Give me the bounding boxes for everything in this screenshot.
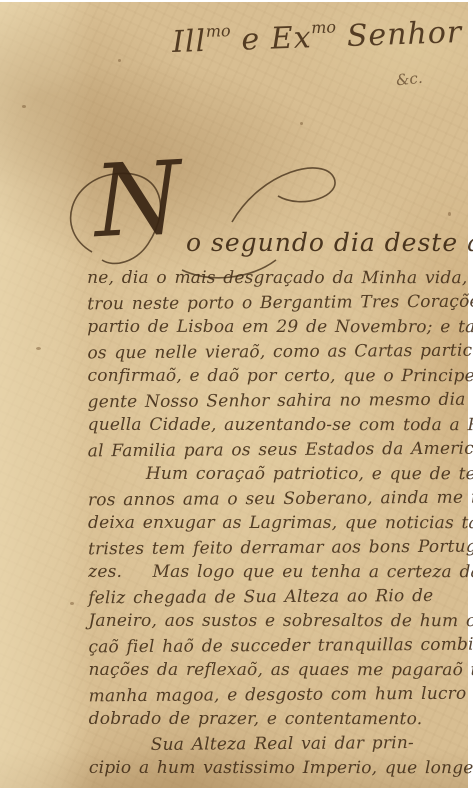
paper-speckle [36,347,41,350]
manuscript-line: Sua Alteza Real vai dar prin- [89,730,471,757]
etcetera-mark: &c. [395,69,423,90]
manuscript-line: ne, dia o mais desgraçado da Minha vida,… [87,266,469,291]
paper-speckle [118,59,121,62]
manuscript-body: ne, dia o mais desgraçado da Minha vida,… [87,265,471,781]
manuscript-line: nações da reflexaõ, as quaes me pagaraõ … [89,658,471,683]
paper-speckle [22,105,26,108]
manuscript-line: quella Cidade, auzentando-se com toda a … [88,413,470,438]
manuscript-line: tristes tem feito derramar aos bons Port… [88,534,470,561]
photo-frame: Illmo e Exmo Senhor &c. N o segundo dia … [0,0,473,788]
manuscript-line: zes. Mas logo que eu tenha a certeza da [88,560,470,585]
manuscript-line: trou neste porto o Bergantim Tres Coraçõ… [87,289,469,316]
drop-cap-n: N [91,148,184,252]
paper-speckle [448,212,451,216]
salutation-ill: Ill [172,24,207,60]
paper-speckle [70,602,74,605]
salutation-superscript-2: mo [311,17,336,37]
opening-line: o segundo dia deste an- [186,228,473,257]
manuscript-line: ros annos ama o seu Soberano, ainda me n… [88,485,470,512]
manuscript-line: Janeiro, aos sustos e sobresaltos de hum… [88,609,470,634]
manuscript-line: çaõ fiel haõ de succeder tranquillas com… [88,632,470,659]
salutation-mid: e Ex [230,20,312,58]
manuscript-line: manha magoa, e desgosto com hum lucro tr… [89,681,471,708]
salutation-rest: Senhor [336,15,463,54]
manuscript-line: confirmaõ, e daõ por certo, que o Princi… [87,364,469,389]
manuscript-line: os que nelle vieraõ, como as Cartas part… [87,338,469,365]
salutation-superscript-1: mo [205,21,230,41]
paper-speckle [300,122,303,125]
manuscript-line: gente Nosso Senhor sahira no mesmo dia d… [87,387,469,414]
manuscript-line: deixa enxugar as Lagrimas, que noticias … [88,511,470,536]
manuscript-line: al Familia para os seus Estados da Ameri… [88,436,470,463]
manuscript-page: Illmo e Exmo Senhor &c. N o segundo dia … [0,2,468,788]
manuscript-line: dobrado de prazer, e contentamento. [89,707,471,732]
salutation-line: Illmo e Exmo Senhor [171,13,462,60]
manuscript-line: partio de Lisboa em 29 de Novembro; e ta… [87,315,469,340]
manuscript-line: Hum coraçaõ patriotico, e que de ten- [88,462,470,487]
manuscript-line: feliz chegada de Sua Alteza ao Rio de [88,583,470,610]
manuscript-line: cipio a hum vastissimo Imperio, que long… [89,756,471,781]
